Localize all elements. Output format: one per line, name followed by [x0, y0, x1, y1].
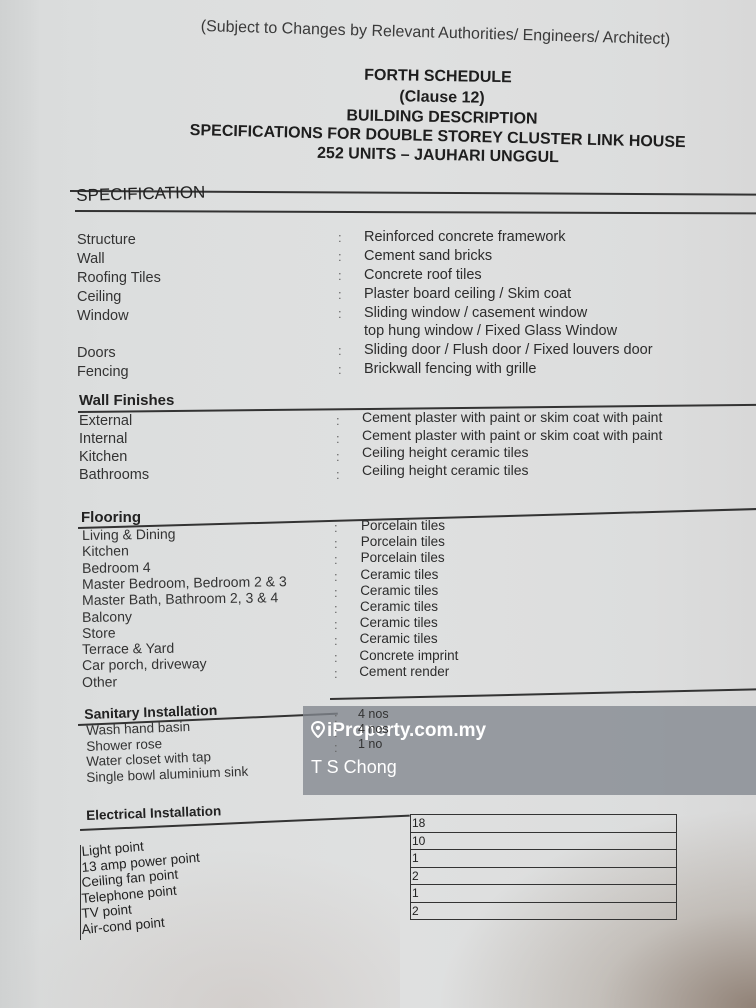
- flooring-colon: :: [334, 520, 338, 535]
- flooring-label: Living & Dining: [82, 526, 176, 543]
- spec-colon: :: [338, 287, 342, 302]
- flooring-value: Ceramic tiles: [360, 567, 438, 582]
- electrical-heading: Electrical Installation: [86, 803, 221, 823]
- flooring-label: Other: [82, 673, 117, 689]
- flooring-label: Bedroom 4: [82, 559, 151, 576]
- sanitary-value: 4 nos: [358, 722, 389, 736]
- watermark-user: T S Chong: [311, 757, 397, 778]
- electrical-value-cell: 2: [411, 903, 676, 920]
- spec-colon: :: [338, 306, 342, 321]
- flooring-value: Concrete imprint: [359, 648, 458, 663]
- flooring-value: Porcelain tiles: [361, 518, 445, 533]
- spec-value: Cement sand bricks: [364, 248, 492, 264]
- flooring-label: Terrace & Yard: [82, 640, 174, 657]
- wall-value: Cement plaster with paint or skim coat w…: [362, 409, 662, 425]
- wall-label: Bathrooms: [79, 467, 149, 483]
- spec-label: Roofing Tiles: [77, 270, 161, 286]
- flooring-colon: :: [334, 536, 338, 551]
- wall-finishes-heading: Wall Finishes: [79, 392, 174, 409]
- flooring-value: Ceramic tiles: [360, 599, 438, 614]
- sanitary-colon: :: [334, 710, 338, 725]
- spec-label: Structure: [77, 232, 136, 248]
- wall-value: Ceiling height ceramic tiles: [362, 444, 529, 460]
- spec-rule-bottom: [75, 210, 756, 214]
- spec-label: Ceiling: [77, 289, 121, 305]
- flooring-colon: :: [334, 552, 338, 567]
- flooring-colon: :: [334, 617, 338, 632]
- spec-colon: :: [338, 343, 342, 358]
- flooring-value: Porcelain tiles: [361, 550, 445, 565]
- sanitary-value: 4 nos: [358, 707, 389, 721]
- spec-value: Reinforced concrete framework: [364, 229, 565, 245]
- flooring-label: Car porch, driveway: [82, 656, 207, 674]
- flooring-label: Kitchen: [82, 543, 129, 560]
- flooring-colon: :: [334, 650, 338, 665]
- flooring-label: Balcony: [82, 608, 132, 625]
- disclaimer: (Subject to Changes by Relevant Authorit…: [200, 18, 670, 49]
- electrical-table: 18101212: [410, 814, 677, 920]
- flooring-label: Store: [82, 624, 116, 640]
- flooring-value: Ceramic tiles: [360, 631, 438, 646]
- flooring-colon: :: [334, 633, 338, 648]
- flooring-colon: :: [334, 585, 338, 600]
- flooring-label: Master Bath, Bathroom 2, 3 & 4: [82, 589, 278, 608]
- sanitary-label: Wash hand basin: [86, 719, 190, 738]
- wall-colon: :: [336, 467, 340, 482]
- wall-colon: :: [336, 449, 340, 464]
- flooring-heading: Flooring: [81, 509, 141, 526]
- spec-value: Sliding door / Flush door / Fixed louver…: [364, 342, 653, 358]
- flooring-colon: :: [334, 601, 338, 616]
- flooring-colon: :: [334, 569, 338, 584]
- spec-value: top hung window / Fixed Glass Window: [364, 323, 617, 339]
- spec-label: Fencing: [77, 364, 129, 380]
- spec-label: Doors: [77, 345, 116, 361]
- spec-label: Wall: [77, 251, 105, 267]
- wall-colon: :: [336, 413, 340, 428]
- wall-value: Cement plaster with paint or skim coat w…: [362, 427, 662, 443]
- flooring-value: Ceramic tiles: [360, 583, 438, 598]
- spec-colon: :: [338, 268, 342, 283]
- flooring-value: Cement render: [359, 664, 449, 679]
- watermark-brand-text: iProperty.com.my: [327, 720, 486, 741]
- spec-colon: :: [338, 362, 342, 377]
- electrical-value-cell: 2: [411, 868, 676, 886]
- spec-label: Window: [77, 308, 129, 324]
- wall-label: Kitchen: [79, 449, 127, 465]
- sanitary-colon: :: [334, 740, 338, 755]
- specification-heading: SPECIFICATION: [76, 183, 206, 206]
- wall-colon: :: [336, 431, 340, 446]
- electrical-value-cell: 10: [411, 833, 676, 851]
- sanitary-colon: :: [334, 725, 338, 740]
- flooring-rule-bottom: [330, 688, 756, 699]
- spec-colon: :: [338, 249, 342, 264]
- electrical-value-cell: 18: [411, 815, 676, 833]
- electrical-value-cell: 1: [411, 885, 676, 903]
- flooring-value: Ceramic tiles: [360, 615, 438, 630]
- wall-label: Internal: [79, 431, 127, 447]
- wall-label: External: [79, 413, 132, 429]
- flooring-colon: :: [334, 666, 338, 681]
- spec-value: Plaster board ceiling / Skim coat: [364, 286, 571, 302]
- spec-value: Sliding window / casement window: [364, 305, 587, 321]
- electrical-value-cell: 1: [411, 850, 676, 868]
- flooring-value: Porcelain tiles: [361, 534, 445, 549]
- spec-colon: :: [338, 230, 342, 245]
- spec-value: Concrete roof tiles: [364, 267, 482, 283]
- wall-value: Ceiling height ceramic tiles: [362, 462, 529, 478]
- sanitary-value: 1 no: [358, 737, 382, 751]
- spec-value: Brickwall fencing with grille: [364, 361, 536, 377]
- location-pin-icon: [311, 721, 325, 738]
